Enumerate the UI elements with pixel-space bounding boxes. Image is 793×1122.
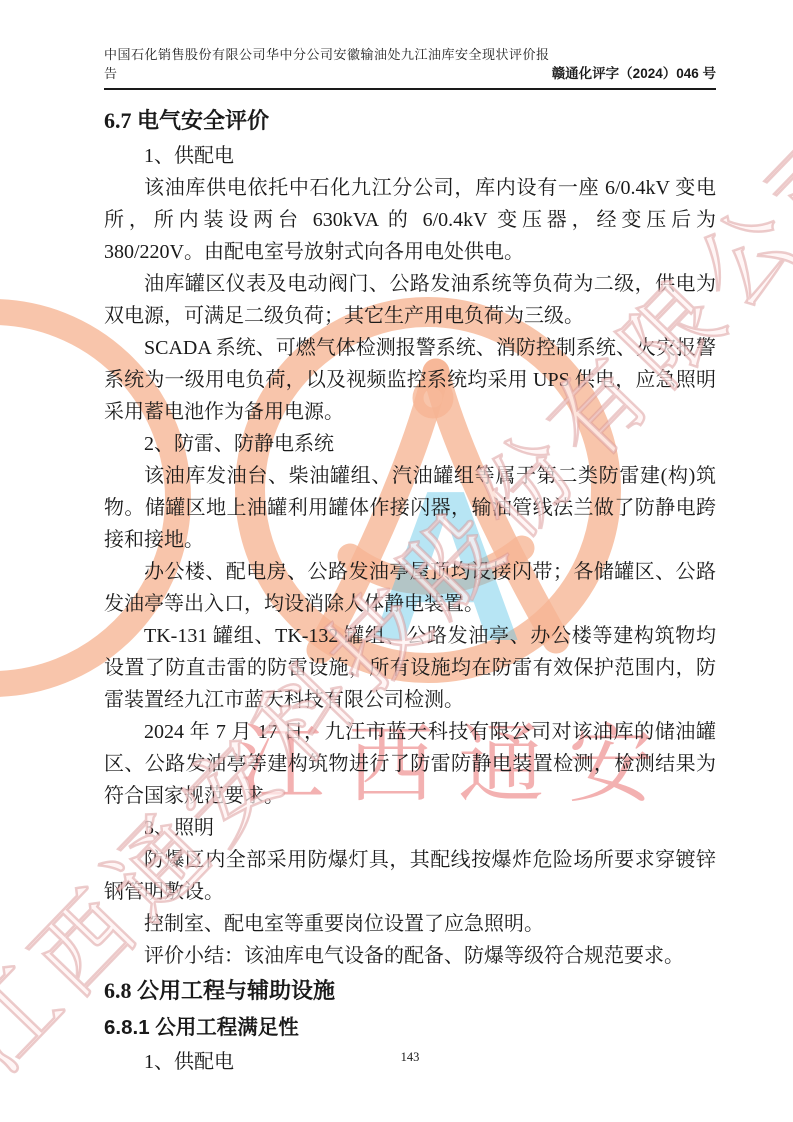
page-number: 143: [104, 1050, 716, 1065]
paragraph-lightning-1: 该油库发油台、柴油罐组、汽油罐组等属于第二类防雷建(构)筑物。储罐区地上油罐利用…: [104, 460, 716, 556]
list-heading-lightning: 2、防雷、防静电系统: [104, 428, 716, 460]
list-heading-power-supply: 1、供配电: [104, 140, 716, 172]
paragraph-evaluation-summary: 评价小结：该油库电气设备的配备、防爆等级符合规范要求。: [104, 940, 716, 972]
document-body: 6.7 电气安全评价 1、供配电 该油库供电依托中石化九江分公司，库内设有一座 …: [104, 102, 716, 1078]
paragraph-lightning-3: TK-131 罐组、TK-132 罐组、公路发油亭、办公楼等建构筑物均设置了防直…: [104, 620, 716, 716]
paragraph-power-2: 油库罐区仪表及电动阀门、公路发油系统等负荷为二级，供电为双电源，可满足二级负荷；…: [104, 268, 716, 332]
document-code: 赣通化评字（2024）046 号: [552, 62, 716, 82]
paragraph-lighting-2: 控制室、配电室等重要岗位设置了应急照明。: [104, 908, 716, 940]
document-page: A 江西通安 中国石化销售股份有限公司华中分公司安徽输油处九江油库安全现状评价报…: [0, 0, 793, 1122]
paragraph-lightning-2: 办公楼、配电房、公路发油亭屋顶均设接闪带；各储罐区、公路发油亭等出入口，均设消除…: [104, 556, 716, 620]
paragraph-power-1: 该油库供电依托中石化九江分公司，库内设有一座 6/0.4kV 变电所，所内装设两…: [104, 172, 716, 268]
section-heading-6-8-1: 6.8.1 公用工程满足性: [104, 1010, 716, 1046]
page-header: 中国石化销售股份有限公司华中分公司安徽输油处九江油库安全现状评价报告 赣通化评字…: [104, 44, 716, 90]
list-heading-lighting: 3、照明: [104, 812, 716, 844]
report-title: 中国石化销售股份有限公司华中分公司安徽输油处九江油库安全现状评价报告: [104, 44, 552, 82]
section-heading-6-8: 6.8 公用工程与辅助设施: [104, 972, 716, 1010]
paragraph-lightning-4: 2024 年 7 月 17 日，九江市蓝天科技有限公司对该油库的储油罐区、公路发…: [104, 716, 716, 812]
paragraph-power-3: SCADA 系统、可燃气体检测报警系统、消防控制系统、火灾报警系统为一级用电负荷…: [104, 332, 716, 428]
paragraph-lighting-1: 防爆区内全部采用防爆灯具，其配线按爆炸危险场所要求穿镀锌钢管明敷设。: [104, 844, 716, 908]
section-heading-6-7: 6.7 电气安全评价: [104, 102, 716, 140]
